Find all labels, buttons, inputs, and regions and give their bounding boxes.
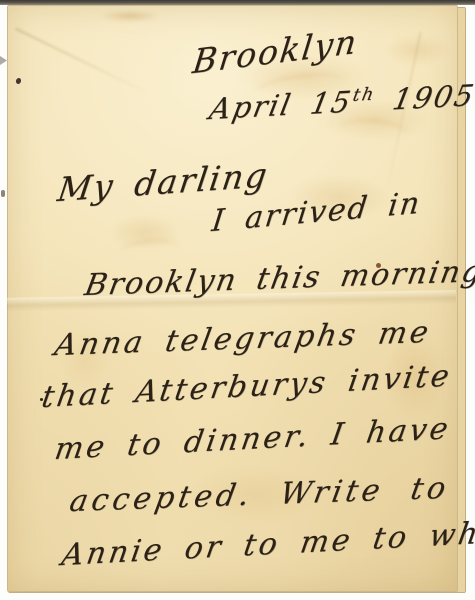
edge-mark	[1, 190, 5, 197]
scan-top-edge	[0, 0, 475, 5]
show-through-mark	[385, 35, 450, 65]
stain-mark	[100, 10, 160, 22]
edge-notch	[0, 56, 7, 65]
scanned-letter-photo: Brooklyn April 15th 1905 — My darling I …	[0, 0, 475, 600]
